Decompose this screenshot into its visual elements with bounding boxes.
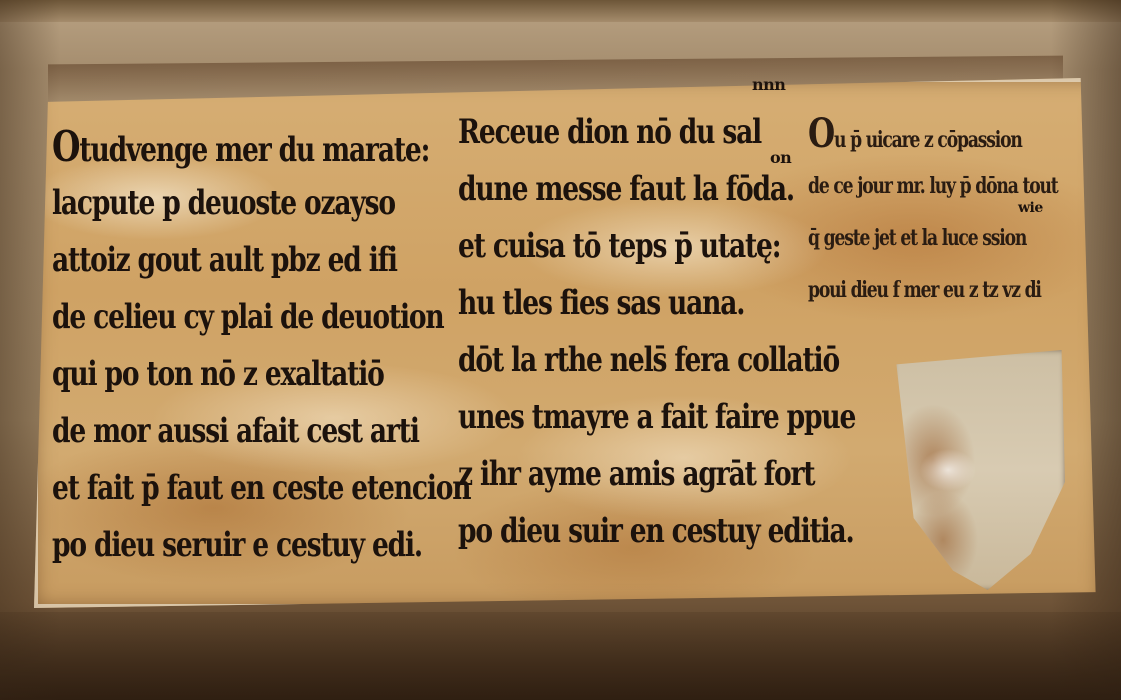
decorated-initial: O [52,122,79,171]
inscription-line: dune messe faut la fōda. [458,161,855,218]
inscription-line: Otudvenge mer du marate: [52,118,470,175]
inscription-line: attoiz gout ault pbz ed ifi [52,232,470,289]
upper-stone-ledge [0,0,1121,22]
inscription-line: et cuisa tō teps p̄ utatę: [458,218,855,275]
inscription-line: q̄ geste jet et la luce ssion [808,212,1058,264]
inscription-column-1: Otudvenge mer du marate: lacpute p deuos… [52,118,470,574]
marginal-note: wie [1018,200,1043,216]
inscription-line: et fait p̄ faut en ceste etencion [52,460,470,517]
lower-wall-shadow [0,612,1121,700]
inscription-line: lacpute p deuoste ozayso [52,175,470,232]
inscription-line: po dieu suir en cestuy editia. [458,503,855,560]
inscription-line: hu tles fies sas uana. [458,275,855,332]
inscription-line: dōt la rthe nels̄ fera collatiō [458,332,855,389]
marginal-note: nnn [752,75,785,94]
inscription-line: unes tmayre a fait faire ppue [458,389,855,446]
inscription-line: Receue dion nō du sal [458,104,855,161]
inscription-line: z ihr ayme amis agrāt fort [458,446,855,503]
inscription-line: po dieu seruir e cestuy edi. [52,517,470,574]
decorated-initial: O [808,110,834,157]
inscription-line: poui dieu f mer eu z tz vz di [808,264,1058,316]
line-text: tudvenge mer du marate: [79,130,429,170]
inscription-line: de celieu cy plai de deuotion [52,289,470,346]
inscription-column-2: Receue dion nō du sal dune messe faut la… [458,104,855,560]
marginal-note: on [770,148,791,167]
inscription-line: qui po ton nō z exaltatiō [52,346,470,403]
line-text: u p̄ uicare z cōpassion [834,127,1022,153]
inscription-line: de mor aussi afait cest arti [52,403,470,460]
inscription-line: Ou p̄ uicare z cōpassion [808,108,1058,160]
